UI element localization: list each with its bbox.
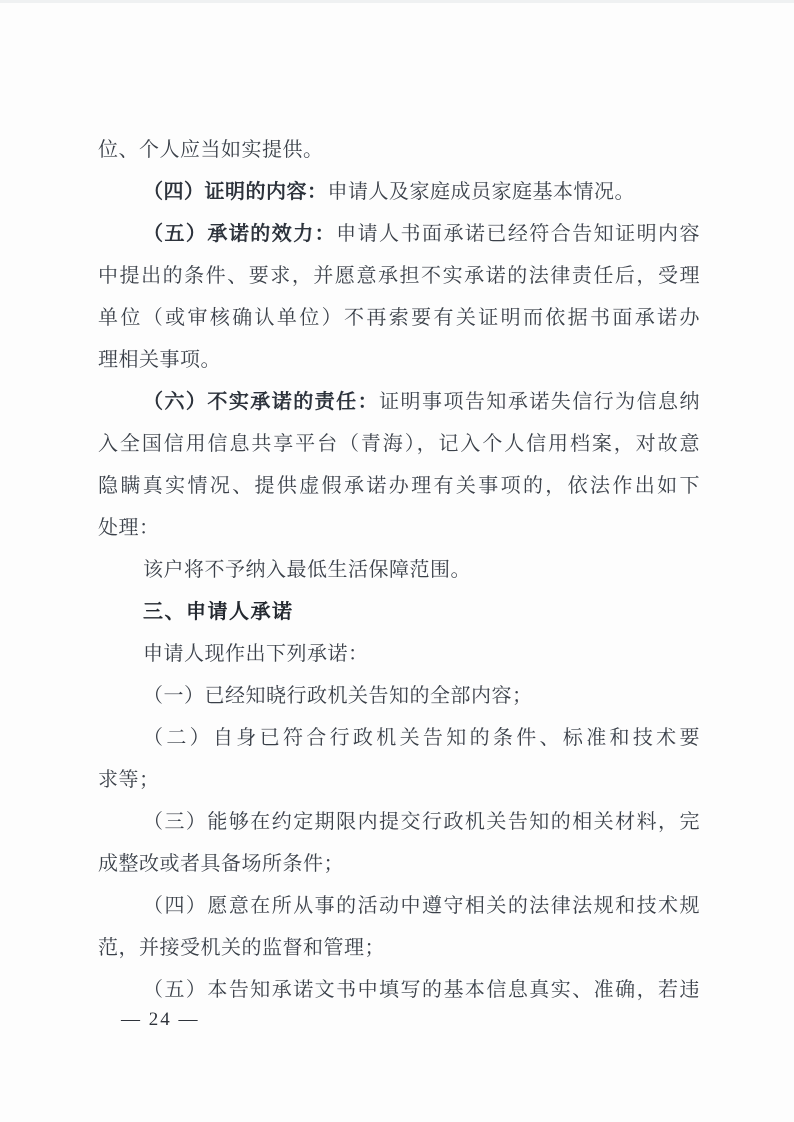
document-line: 理相关事项。 [98, 339, 700, 381]
line-text: 处理： [98, 517, 160, 539]
section-heading-text: 三、申请人承诺 [143, 601, 294, 623]
line-text: 该户将不予纳入最低生活保障范围。 [143, 559, 471, 581]
line-text: 隐瞒真实情况、提供虚假承诺办理有关事项的，依法作出如下 [98, 475, 700, 497]
document-body: 位、个人应当如实提供。 （四）证明的内容：申请人及家庭成员家庭基本情况。 （五）… [98, 129, 700, 1011]
document-line: （一）已经知晓行政机关告知的全部内容； [98, 675, 700, 717]
document-line: （六）不实承诺的责任：证明事项告知承诺失信行为信息纳 [98, 381, 700, 423]
document-line: 中提出的条件、要求，并愿意承担不实承诺的法律责任后，受理 [98, 255, 700, 297]
document-line: （二）自身已符合行政机关告知的条件、标准和技术要 [98, 717, 700, 759]
document-line: 申请人现作出下列承诺： [98, 633, 700, 675]
document-page: 位、个人应当如实提供。 （四）证明的内容：申请人及家庭成员家庭基本情况。 （五）… [0, 0, 794, 1122]
clause-label: （六）不实承诺的责任： [143, 391, 379, 413]
line-text: 范，并接受机关的监督和管理； [98, 937, 385, 959]
document-line: （五）承诺的效力：申请人书面承诺已经符合告知证明内容 [98, 213, 700, 255]
line-text: （四）愿意在所从事的活动中遵守相关的法律法规和技术规 [143, 895, 700, 917]
line-text: （一）已经知晓行政机关告知的全部内容； [143, 685, 533, 707]
document-line: （四）愿意在所从事的活动中遵守相关的法律法规和技术规 [98, 885, 700, 927]
line-text: 申请人现作出下列承诺： [143, 643, 369, 665]
document-line: 范，并接受机关的监督和管理； [98, 927, 700, 969]
line-text: 证明事项告知承诺失信行为信息纳 [379, 391, 700, 413]
document-line: 位、个人应当如实提供。 [98, 129, 700, 171]
line-text: 入全国信用信息共享平台（青海），记入个人信用档案，对故意 [98, 433, 700, 455]
line-text: 申请人及家庭成员家庭基本情况。 [328, 181, 636, 203]
line-text: 单位（或审核确认单位）不再索要有关证明而依据书面承诺办 [98, 307, 700, 329]
document-line: （三）能够在约定期限内提交行政机关告知的相关材料，完 [98, 801, 700, 843]
document-line: 处理： [98, 507, 700, 549]
document-line: 隐瞒真实情况、提供虚假承诺办理有关事项的，依法作出如下 [98, 465, 700, 507]
document-line: 该户将不予纳入最低生活保障范围。 [98, 549, 700, 591]
page-number: — 24 — [121, 1005, 200, 1035]
scan-edge [0, 0, 794, 3]
line-text: 成整改或者具备场所条件； [98, 853, 344, 875]
document-line: 单位（或审核确认单位）不再索要有关证明而依据书面承诺办 [98, 297, 700, 339]
document-line: （四）证明的内容：申请人及家庭成员家庭基本情况。 [98, 171, 700, 213]
line-text: （五）本告知承诺文书中填写的基本信息真实、准确，若违 [143, 979, 700, 1001]
clause-label: （四）证明的内容： [143, 181, 328, 203]
line-text: 求等； [98, 769, 160, 791]
line-text: 申请人书面承诺已经符合告知证明内容 [336, 223, 700, 245]
line-text: 理相关事项。 [98, 349, 221, 371]
line-text: （二）自身已符合行政机关告知的条件、标准和技术要 [143, 727, 700, 749]
line-text: 中提出的条件、要求，并愿意承担不实承诺的法律责任后，受理 [98, 265, 700, 287]
line-text: 位、个人应当如实提供。 [98, 139, 324, 161]
document-line: 求等； [98, 759, 700, 801]
clause-label: （五）承诺的效力： [143, 223, 336, 245]
document-line: 成整改或者具备场所条件； [98, 843, 700, 885]
section-heading: 三、申请人承诺 [98, 591, 700, 633]
document-line: 入全国信用信息共享平台（青海），记入个人信用档案，对故意 [98, 423, 700, 465]
line-text: （三）能够在约定期限内提交行政机关告知的相关材料，完 [143, 811, 700, 833]
